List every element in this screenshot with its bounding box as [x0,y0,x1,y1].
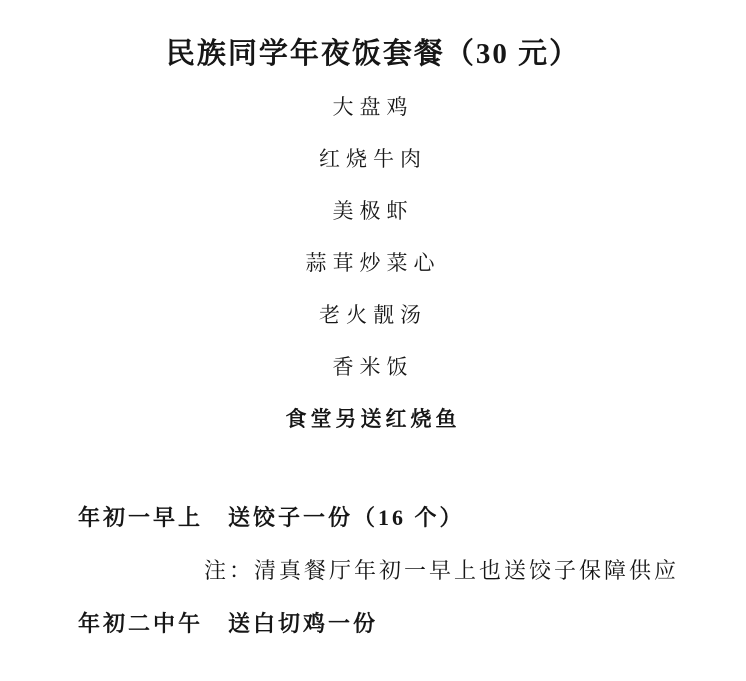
menu-item: 香米饭 [0,341,746,393]
document-title: 民族同学年夜饭套餐（30 元） [0,0,746,72]
schedule-section: 年初一早上 送饺子一份（16 个） 注：清真餐厅年初一早上也送饺子保障供应 年初… [0,491,746,650]
menu-list: 大盘鸡 红烧牛肉 美极虾 蒜茸炒菜心 老火靓汤 香米饭 食堂另送红烧鱼 [0,81,746,445]
menu-item: 老火靓汤 [0,289,746,341]
menu-item: 美极虾 [0,185,746,237]
document-page: 民族同学年夜饭套餐（30 元） 大盘鸡 红烧牛肉 美极虾 蒜茸炒菜心 老火靓汤 … [0,0,746,681]
menu-item: 红烧牛肉 [0,133,746,185]
menu-bonus-line: 食堂另送红烧鱼 [0,393,746,445]
schedule-line-day1: 年初一早上 送饺子一份（16 个） [78,491,746,544]
schedule-line-day2: 年初二中午 送白切鸡一份 [78,597,746,650]
menu-item: 蒜茸炒菜心 [0,237,746,289]
menu-item: 大盘鸡 [0,81,746,133]
schedule-note: 注：清真餐厅年初一早上也送饺子保障供应 [204,544,746,597]
